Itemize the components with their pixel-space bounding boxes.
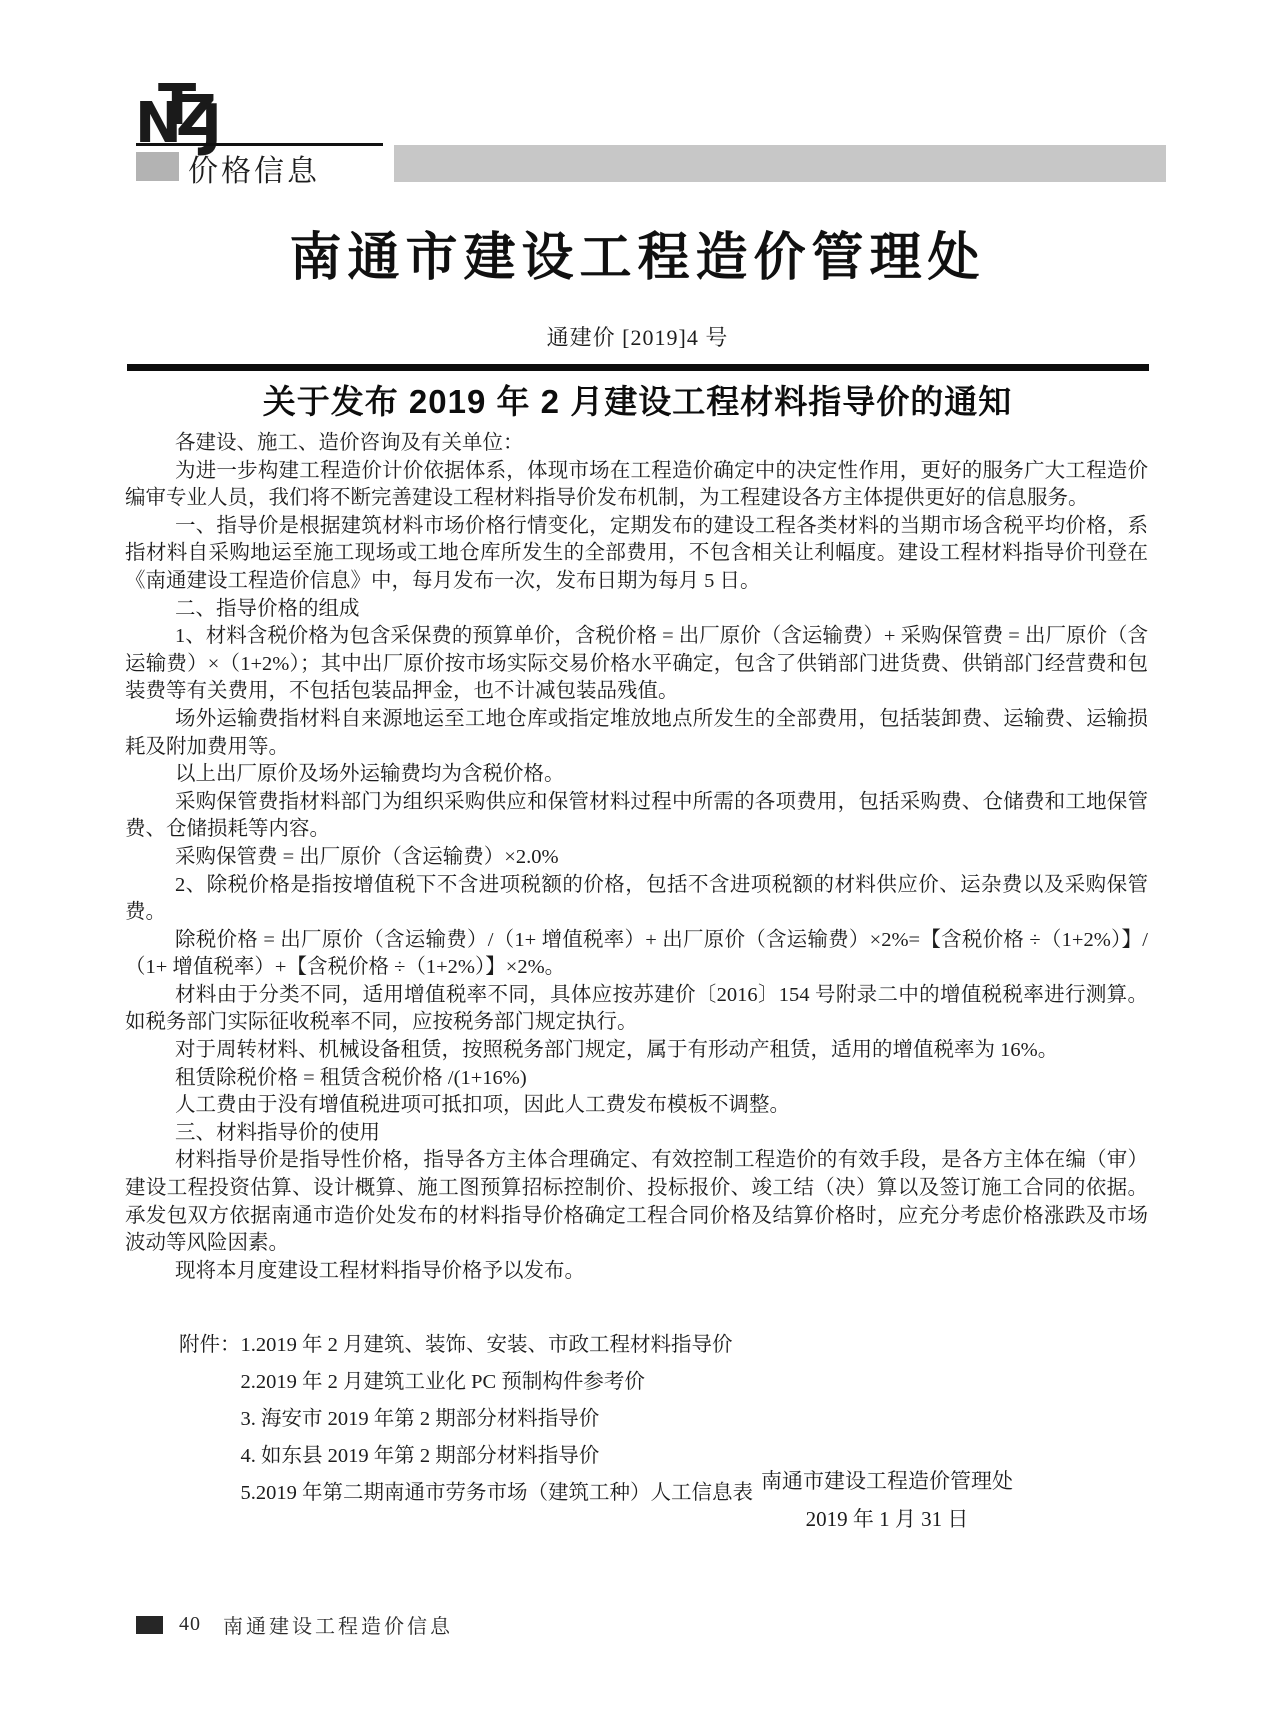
notice-subject: 关于发布 2019 年 2 月建设工程材料指导价的通知 (0, 379, 1275, 425)
body-paragraph: 材料由于分类不同，适用增值税率不同，具体应按苏建价〔2016〕154 号附录二中… (125, 982, 1148, 1037)
header-gray-band (394, 145, 1166, 182)
signature-block: 南通市建设工程造价管理处 2019 年 1 月 31 日 (761, 1462, 1013, 1538)
body-paragraph: 一、指导价是根据建筑材料市场价格行情变化，定期发布的建设工程各类材料的当期市场含… (125, 513, 1148, 596)
salutation: 各建设、施工、造价咨询及有关单位： (125, 430, 1148, 458)
document-number: 通建价 [2019]4 号 (0, 324, 1275, 352)
publication-name: 南通建设工程造价信息 (223, 1610, 453, 1639)
page-footer: 40 南通建设工程造价信息 (136, 1610, 453, 1639)
body-paragraph: 2、除税价格是指按增值税下不含进项税额的价格，包括不含进项税额的材料供应价、运杂… (125, 872, 1148, 927)
formula-line: 除税价格 = 出厂原价（含运输费）/（1+ 增值税率）+ 出厂原价（含运输费）×… (125, 927, 1148, 982)
footer-square-marker (136, 1616, 163, 1634)
formula-line: 采购保管费 = 出厂原价（含运输费）×2.0% (125, 844, 1148, 872)
signature-date: 2019 年 1 月 31 日 (761, 1500, 1013, 1538)
issuer-title: 南通市建设工程造价管理处 (0, 230, 1275, 288)
body-paragraph: 材料指导价是指导性价格，指导各方主体合理确定、有效控制工程造价的有效手段，是各方… (125, 1147, 1148, 1257)
body-paragraph: 以上出厂原价及场外运输费均为含税价格。 (125, 761, 1148, 789)
body-paragraph: 对于周转材料、机械设备租赁，按照税务部门规定，属于有形动产租赁，适用的增值税率为… (125, 1037, 1148, 1065)
section-label: 价格信息 (188, 146, 320, 190)
attachment-item: 2.2019 年 2 月建筑工业化 PC 预制构件参考价 (241, 1364, 1149, 1401)
notice-body: 各建设、施工、造价咨询及有关单位： 为进一步构建工程造价计价依据体系，体现市场在… (125, 430, 1148, 1285)
body-paragraph: 人工费由于没有增值税进项可抵扣项，因此人工费发布模板不调整。 (125, 1092, 1148, 1120)
signature-organization: 南通市建设工程造价管理处 (761, 1462, 1013, 1500)
attachment-item: 1.2019 年 2 月建筑、装饰、安装、市政工程材料指导价 (241, 1327, 1149, 1364)
title-divider-rule (127, 364, 1149, 371)
section-heading: 二、指导价格的组成 (125, 596, 1148, 624)
ntzj-logo: N T Z J (135, 78, 253, 148)
body-paragraph: 场外运输费指材料自来源地运至工地仓库或指定堆放地点所发生的全部费用，包括装卸费、… (125, 706, 1148, 761)
section-heading: 三、材料指导价的使用 (125, 1120, 1148, 1148)
masthead: N T Z J 价格信息 (0, 0, 1275, 190)
document-page: N T Z J 价格信息 南通市建设工程造价管理处 通建价 [2019]4 号 … (0, 0, 1275, 1718)
body-paragraph: 为进一步构建工程造价计价依据体系，体现市场在工程造价确定中的决定性作用，更好的服… (125, 458, 1148, 513)
formula-line: 租赁除税价格 = 租赁含税价格 /(1+16%) (125, 1065, 1148, 1093)
attachment-item: 3. 海安市 2019 年第 2 期部分材料指导价 (241, 1401, 1149, 1438)
notice-content: 南通市建设工程造价管理处 通建价 [2019]4 号 关于发布 2019 年 2… (0, 190, 1275, 1512)
section-label-marker (136, 152, 179, 181)
page-number: 40 (179, 1613, 201, 1636)
body-paragraph: 现将本月度建设工程材料指导价格予以发布。 (125, 1258, 1148, 1286)
body-paragraph: 采购保管费指材料部门为组织采购供应和保管材料过程中所需的各项费用，包括采购费、仓… (125, 789, 1148, 844)
attachments-label: 附件： (179, 1327, 241, 1512)
body-paragraph: 1、材料含税价格为包含采保费的预算单价，含税价格 = 出厂原价（含运输费）+ 采… (125, 623, 1148, 706)
